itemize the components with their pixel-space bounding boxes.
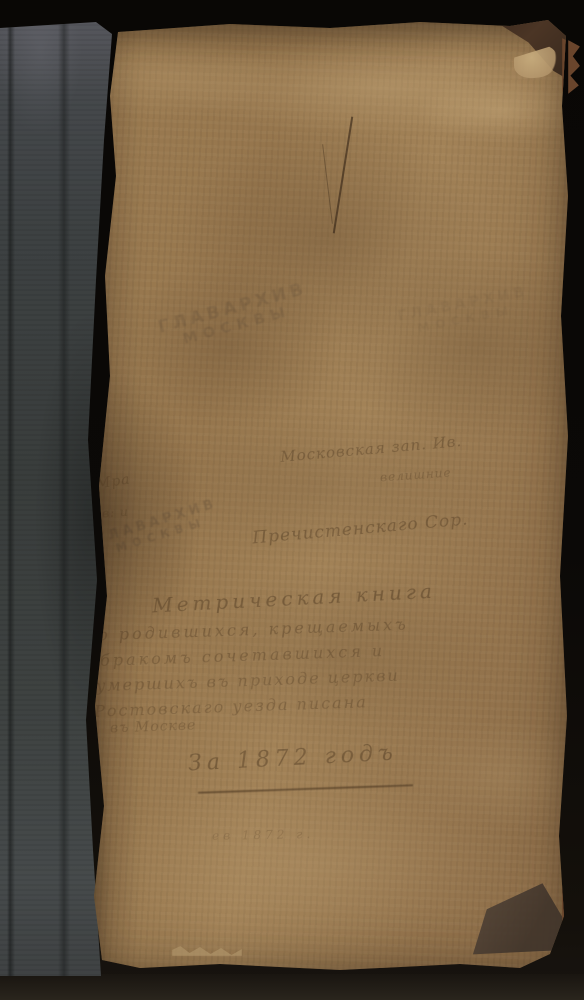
pencil-archive-note: ев 1872 г. bbox=[212, 827, 314, 843]
archival-scan-scene: ГЛАВАРХИВ МОСКВЫ ГЛАВАРХИВ МОСКВЫ ГЛАВАР… bbox=[0, 0, 584, 1000]
handwritten-title-line6: въ Москве bbox=[110, 717, 197, 736]
frayed-edge-top-right bbox=[568, 40, 580, 94]
handwritten-margin-note2: Св: и bbox=[92, 505, 130, 522]
paper-board-cover: ГЛАВАРХИВ МОСКВЫ ГЛАВАРХИВ МОСКВЫ ГЛАВАР… bbox=[80, 16, 576, 976]
frayed-fibers-right-bottom bbox=[562, 868, 576, 928]
paper-stain-texture bbox=[80, 16, 576, 976]
book-cover: ГЛАВАРХИВ МОСКВЫ ГЛАВАРХИВ МОСКВЫ ГЛАВАР… bbox=[0, 0, 584, 1000]
